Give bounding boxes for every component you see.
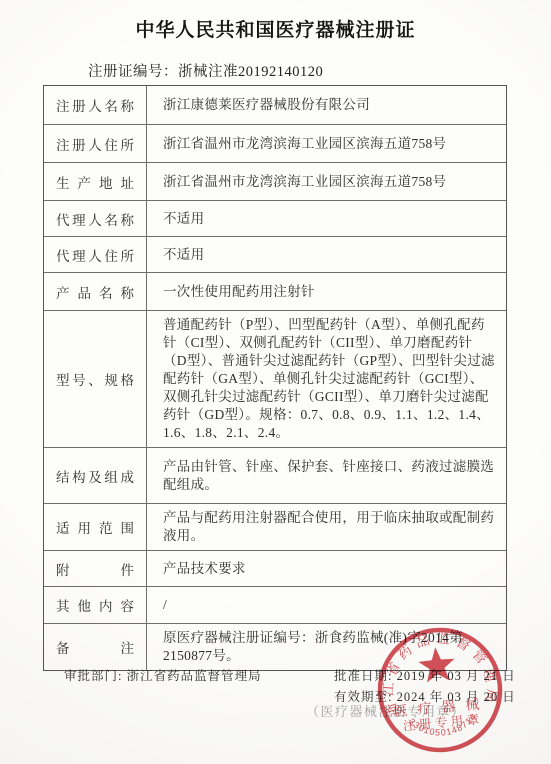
row-label: 代理人名称 <box>56 209 134 229</box>
table-row: 代理人住所 不适用 <box>44 236 506 272</box>
row-label-cell: 结构及组成 <box>44 448 147 503</box>
cert-number-label: 注册证编号： <box>88 64 178 80</box>
table-row: 代理人名称 不适用 <box>44 200 506 236</box>
row-label-cell: 代理人名称 <box>44 201 147 236</box>
row-label: 备注 <box>56 637 134 657</box>
row-label: 代理人住所 <box>56 245 134 265</box>
table-row: 注册人住所 浙江省温州市龙湾滨海工业园区滨海五道758号 <box>44 124 506 162</box>
row-value: 产品技术要求 <box>147 551 506 586</box>
row-value: 浙江康德莱医疗器械股份有限公司 <box>147 86 506 124</box>
table-row: 附件 产品技术要求 <box>44 550 506 586</box>
row-label: 结构及组成 <box>56 466 134 486</box>
row-value: 不适用 <box>147 201 506 236</box>
row-label-cell: 适用范围 <box>44 504 147 550</box>
row-value: 浙江省温州市龙湾滨海工业园区滨海五道758号 <box>147 125 506 162</box>
row-label-cell: 附件 <box>44 551 147 586</box>
row-label: 注册人名称 <box>56 95 134 115</box>
row-label: 适用范围 <box>56 517 134 537</box>
row-label-cell: 型号、规格 <box>44 311 147 447</box>
row-label: 型号、规格 <box>56 369 134 389</box>
row-value: 产品由针管、针座、保护套、针座接口、药液过滤膜选配组成。 <box>147 448 506 503</box>
table-row: 结构及组成 产品由针管、针座、保护套、针座接口、药液过滤膜选配组成。 <box>44 447 506 503</box>
page-title: 中华人民共和国医疗器械注册证 <box>0 15 551 42</box>
table-row: 生产地址 浙江省温州市龙湾滨海工业园区滨海五道758号 <box>44 162 506 200</box>
row-value: 不适用 <box>147 237 506 272</box>
row-label: 注册人住所 <box>56 134 134 154</box>
row-label-cell: 代理人住所 <box>44 237 147 272</box>
cert-number-line: 注册证编号：浙械注准20192140120 <box>88 60 323 81</box>
certificate-page: 中华人民共和国医疗器械注册证 注册证编号：浙械注准20192140120 注册人… <box>0 0 551 764</box>
row-value: / <box>147 587 506 623</box>
row-label-cell: 注册人名称 <box>44 86 147 124</box>
approval-department-value: 浙江省药品监督管理局 <box>127 669 262 683</box>
row-label-cell: 其他内容 <box>44 587 147 623</box>
row-value: 普通配药针（P型）、凹型配药针（A型）、单侧孔配药针（CI型）、双侧孔配药针（C… <box>147 311 506 447</box>
row-value: 产品与配药用注射器配合使用，用于临床抽取或配制药液用。 <box>147 504 506 550</box>
row-label-cell: 产品名称 <box>44 273 147 310</box>
certificate-table: 注册人名称 浙江康德莱医疗器械股份有限公司 注册人住所 浙江省温州市龙湾滨海工业… <box>43 85 507 671</box>
row-value: 浙江省温州市龙湾滨海工业园区滨海五道758号 <box>147 163 506 200</box>
table-row: 注册人名称 浙江康德莱医疗器械股份有限公司 <box>44 86 506 124</box>
table-row: 适用范围 产品与配药用注射器配合使用，用于临床抽取或配制药液用。 <box>44 503 506 550</box>
approval-department-line: 审批部门: 浙江省药品监督管理局 <box>64 666 262 684</box>
row-value: 一次性使用配药用注射针 <box>147 273 506 310</box>
row-label-cell: 生产地址 <box>44 163 147 200</box>
row-label-cell: 备注 <box>44 624 147 670</box>
row-label-cell: 注册人住所 <box>44 125 147 162</box>
row-label: 产品名称 <box>56 282 134 302</box>
row-label: 附件 <box>56 559 134 579</box>
row-label: 生产地址 <box>56 172 134 192</box>
row-label: 其他内容 <box>56 595 134 615</box>
table-row: 型号、规格 普通配药针（P型）、凹型配药针（A型）、单侧孔配药针（CI型）、双侧… <box>44 310 506 447</box>
official-seal-stamp: 浙江省药品监督管理局 医疗器械 注册专用章 3301050148714 <box>366 616 513 763</box>
table-row: 产品名称 一次性使用配药用注射针 <box>44 272 506 310</box>
table-row: 其他内容 / <box>44 586 506 623</box>
approval-department-label: 审批部门: <box>64 669 127 683</box>
star-icon <box>417 646 456 683</box>
cert-number-value: 浙械注准20192140120 <box>178 64 323 80</box>
